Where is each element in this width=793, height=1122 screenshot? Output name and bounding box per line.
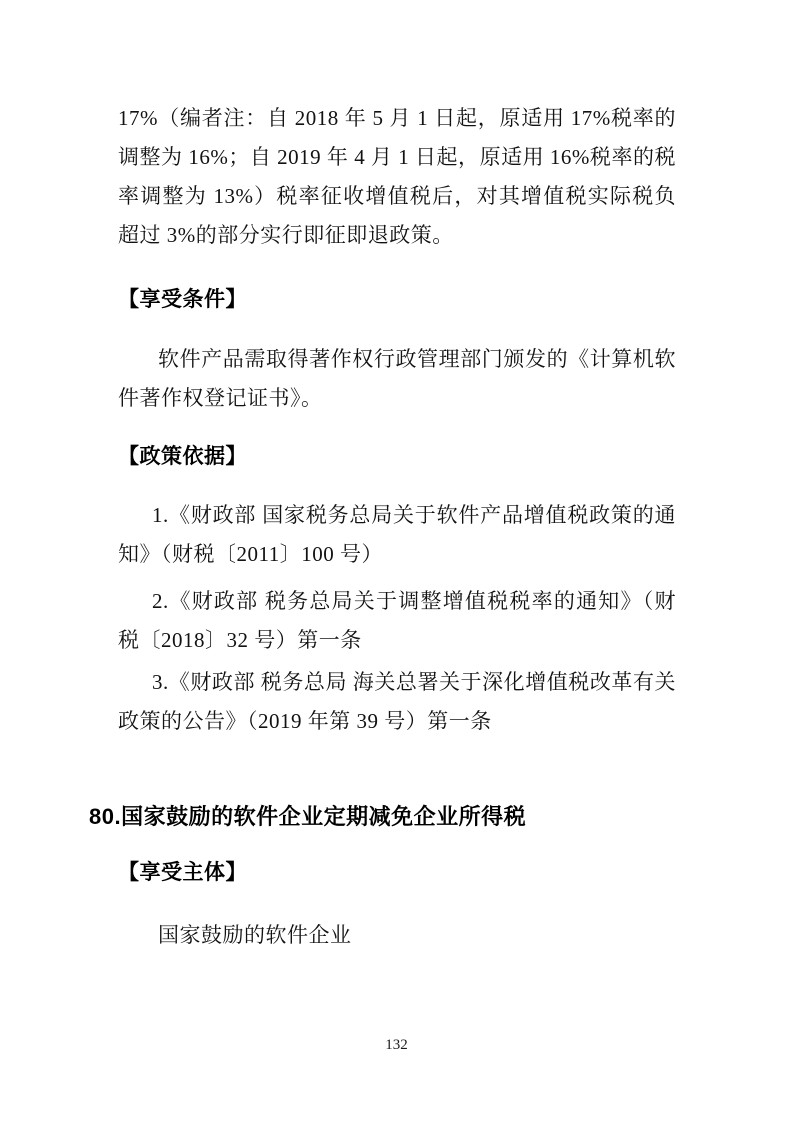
page-content: 17%（编者注：自 2018 年 5 月 1 日起，原适用 17%税率的调整为 … xyxy=(118,0,676,955)
vat-refund-continuation-paragraph: 17%（编者注：自 2018 年 5 月 1 日起，原适用 17%税率的调整为 … xyxy=(118,99,676,255)
section-heading-subject: 【享受主体】 xyxy=(118,859,676,887)
article-80-heading: 80.国家鼓励的软件企业定期减免企业所得税 xyxy=(89,801,676,833)
policy-basis-list: 1.《财政部 国家税务总局关于软件产品增值税政策的通知》（财税〔2011〕100… xyxy=(118,496,676,741)
page-number: 132 xyxy=(0,1036,793,1054)
document-page: 17%（编者注：自 2018 年 5 月 1 日起，原适用 17%税率的调整为 … xyxy=(0,0,793,1122)
policy-item-3: 3.《财政部 税务总局 海关总署关于深化增值税改革有关政策的公告》（2019 年… xyxy=(118,663,676,741)
policy-item-1: 1.《财政部 国家税务总局关于软件产品增值税政策的通知》（财税〔2011〕100… xyxy=(118,496,676,574)
section-heading-conditions: 【享受条件】 xyxy=(118,286,676,314)
section-heading-policy-basis: 【政策依据】 xyxy=(118,443,676,471)
subject-paragraph: 国家鼓励的软件企业 xyxy=(118,916,676,955)
conditions-paragraph: 软件产品需取得著作权行政管理部门颁发的《计算机软件著作权登记证书》。 xyxy=(118,340,676,418)
policy-item-2: 2.《财政部 税务总局关于调整增值税税率的通知》（财税〔2018〕32 号）第一… xyxy=(118,582,676,660)
